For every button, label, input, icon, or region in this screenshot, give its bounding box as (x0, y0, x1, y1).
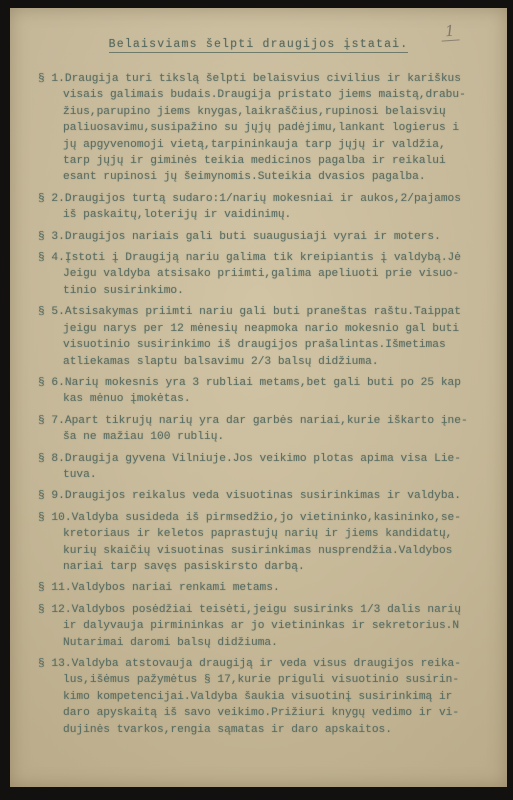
document-line: tarp jųjų ir giminės teikia medicinos pa… (38, 153, 481, 169)
document-line: iš paskaitų,loterijų ir vaidinimų. (38, 207, 481, 223)
document-line: § 4.Įstoti į Draugiją nariu galima tik k… (38, 250, 481, 266)
document-line: jų apgyvenomoji vietą,tarpininkauja tarp… (38, 137, 481, 153)
document-line: § 1.Draugija turi tikslą šelpti belaisvi… (38, 71, 481, 87)
document-body: § 1.Draugija turi tikslą šelpti belaisvi… (38, 71, 481, 738)
handwritten-page-number: 1 (441, 21, 460, 41)
document-line: tinio susirinkimo. (38, 283, 481, 299)
document-line: visuotinio susirinkimo iš draugijos praš… (38, 337, 481, 353)
scan-background: 1 Belaisviams šelpti draugijos įstatai. … (0, 0, 513, 800)
document-title-text: Belaisviams šelpti draugijos įstatai. (109, 38, 409, 53)
statute-paragraph: § 10.Valdyba susideda iš pirmsedžio,jo v… (38, 510, 481, 576)
document-line: § 8.Draugija gyvena Vilniuje.Jos veikimo… (38, 451, 481, 467)
statute-paragraph: § 13.Valdyba atstovauja draugiją ir veda… (38, 656, 481, 738)
statute-paragraph: § 9.Draugijos reikalus veda visuotinas s… (38, 488, 481, 504)
document-line: ša ne mažiau 100 rublių. (38, 429, 481, 445)
document-line: jeigu narys per 12 mėnesių neapmoka nari… (38, 321, 481, 337)
document-line: paliuosavimu,susipažino su jųjų padėjimu… (38, 120, 481, 136)
statute-paragraph: § 7.Apart tikrujų narių yra dar garbės n… (38, 413, 481, 446)
statute-paragraph: § 3.Draugijos nariais gali buti suaugusi… (38, 229, 481, 245)
document-line: § 9.Draugijos reikalus veda visuotinas s… (38, 488, 481, 504)
statute-paragraph: § 2.Draugijos turtą sudaro:1/narių mokes… (38, 191, 481, 224)
document-line: daro apyskaitą iš savo veikimo.Prižiuri … (38, 705, 481, 721)
document-page: 1 Belaisviams šelpti draugijos įstatai. … (10, 8, 507, 787)
statute-paragraph: § 5.Atsisakymas priimti nariu gali buti … (38, 304, 481, 370)
document-line: kimo kompetencijai.Valdyba šaukia visuot… (38, 689, 481, 705)
document-line: nariai tarp savęs pasiskirsto darbą. (38, 559, 481, 575)
document-line: § 11.Valdybos nariai renkami metams. (38, 580, 481, 596)
document-line: Jeigu valdyba atsisako priimti,galima ap… (38, 266, 481, 282)
document-line: kas mėnuo įmokėtas. (38, 391, 481, 407)
document-line: visais galimais budais.Draugija pristato… (38, 87, 481, 103)
document-line: § 5.Atsisakymas priimti nariu gali buti … (38, 304, 481, 320)
document-line: § 7.Apart tikrujų narių yra dar garbės n… (38, 413, 481, 429)
statute-paragraph: § 4.Įstoti į Draugiją nariu galima tik k… (38, 250, 481, 299)
document-line: § 6.Narių mokesnis yra 3 rubliai metams,… (38, 375, 481, 391)
document-line: kretoriaus ir keletos paprastujų narių i… (38, 526, 481, 542)
document-title: Belaisviams šelpti draugijos įstatai. (10, 38, 507, 51)
document-line: lus,išėmus pažymėtus § 17,kurie priguli … (38, 672, 481, 688)
document-line: žius,parupino jiems knygas,laikraščius,r… (38, 104, 481, 120)
document-line: § 2.Draugijos turtą sudaro:1/narių mokes… (38, 191, 481, 207)
document-line: atliekamas slaptu balsavimu 2/3 balsų di… (38, 354, 481, 370)
statute-paragraph: § 11.Valdybos nariai renkami metams. (38, 580, 481, 596)
document-line: § 10.Valdyba susideda iš pirmsedžio,jo v… (38, 510, 481, 526)
document-line: § 3.Draugijos nariais gali buti suaugusi… (38, 229, 481, 245)
document-line: tuva. (38, 467, 481, 483)
statute-paragraph: § 6.Narių mokesnis yra 3 rubliai metams,… (38, 375, 481, 408)
statute-paragraph: § 1.Draugija turi tikslą šelpti belaisvi… (38, 71, 481, 186)
document-line: § 13.Valdyba atstovauja draugiją ir veda… (38, 656, 481, 672)
statute-paragraph: § 12.Valdybos posėdžiai teisėti,jeigu su… (38, 602, 481, 651)
document-line: Nutarimai daromi balsų didžiuma. (38, 635, 481, 651)
document-line: kurių skaičių visuotinas susirinkimas nu… (38, 543, 481, 559)
statute-paragraph: § 8.Draugija gyvena Vilniuje.Jos veikimo… (38, 451, 481, 484)
document-line: dujinės tvarkos,rengia sąmatas ir daro a… (38, 722, 481, 738)
document-line: ir dalyvauja pirmininkas ar jo vietinink… (38, 618, 481, 634)
document-line: § 12.Valdybos posėdžiai teisėti,jeigu su… (38, 602, 481, 618)
document-line: esant rupinosi jų šeimynomis.Suteikia dv… (38, 169, 481, 185)
